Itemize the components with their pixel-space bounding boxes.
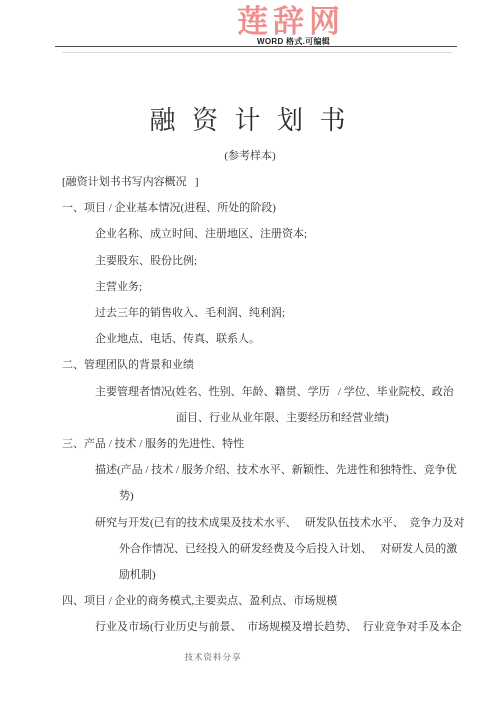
document-line: 励机制) <box>0 562 500 588</box>
document-line: 行业及市场(行业历史与前景、 市场规模及增长趋势、 行业竞争对手及本企 <box>0 614 500 640</box>
document-line: 势) <box>0 483 500 509</box>
document-line: 一、项目 / 企业基本情况(进程、所处的阶段) <box>0 195 500 221</box>
document-line: 描述(产品 / 技术 / 服务介绍、技术水平、新颖性、先进性和独特性、竞争优 <box>0 457 500 483</box>
header-rule-shadow <box>62 52 452 53</box>
document-line: 外合作情况、已经投入的研发经费及今后投入计划、 对研发人员的激 <box>0 536 500 562</box>
header-rule <box>55 46 457 47</box>
document-line: 二、管理团队的背景和业绩 <box>0 352 500 378</box>
document-title: 融 资 计 划 书 <box>0 100 500 137</box>
document-page: 莲辞网 WORD 格式.可编辑 融 资 计 划 书 (参考样本) [融资计划书书… <box>0 0 500 708</box>
site-watermark-logo: 莲辞网 <box>237 0 345 41</box>
document-line: 面目、行业从业年限、主要经历和经营业绩) <box>0 405 500 431</box>
document-line: 三、产品 / 技术 / 服务的先进性、特性 <box>0 431 500 457</box>
document-line: [融资计划书书写内容概况 ] <box>0 169 500 195</box>
document-body: [融资计划书书写内容概况 ]一、项目 / 企业基本情况(进程、所处的阶段)企业名… <box>0 169 500 641</box>
document-line: 四、项目 / 企业的商务模式,主要卖点、盈利点、市场规模 <box>0 588 500 614</box>
document-line: 企业地点、电话、传真、联系人。 <box>0 326 500 352</box>
document-line: 企业名称、成立时间、注册地区、注册资本; <box>0 221 500 247</box>
page-footer: 技术资料分享 <box>0 651 426 663</box>
document-line: 主营业务; <box>0 274 500 300</box>
document-subtitle: (参考样本) <box>0 147 500 163</box>
document-line: 研究与开发(已有的技术成果及技术水平、 研发队伍技术水平、 竞争力及对 <box>0 510 500 536</box>
document-line: 主要管理者情况(姓名、性别、年龄、籍贯、学历 / 学位、毕业院校、政治 <box>0 379 500 405</box>
document-line: 过去三年的销售收入、毛利润、纯利润; <box>0 300 500 326</box>
document-line: 主要股东、股份比例; <box>0 248 500 274</box>
